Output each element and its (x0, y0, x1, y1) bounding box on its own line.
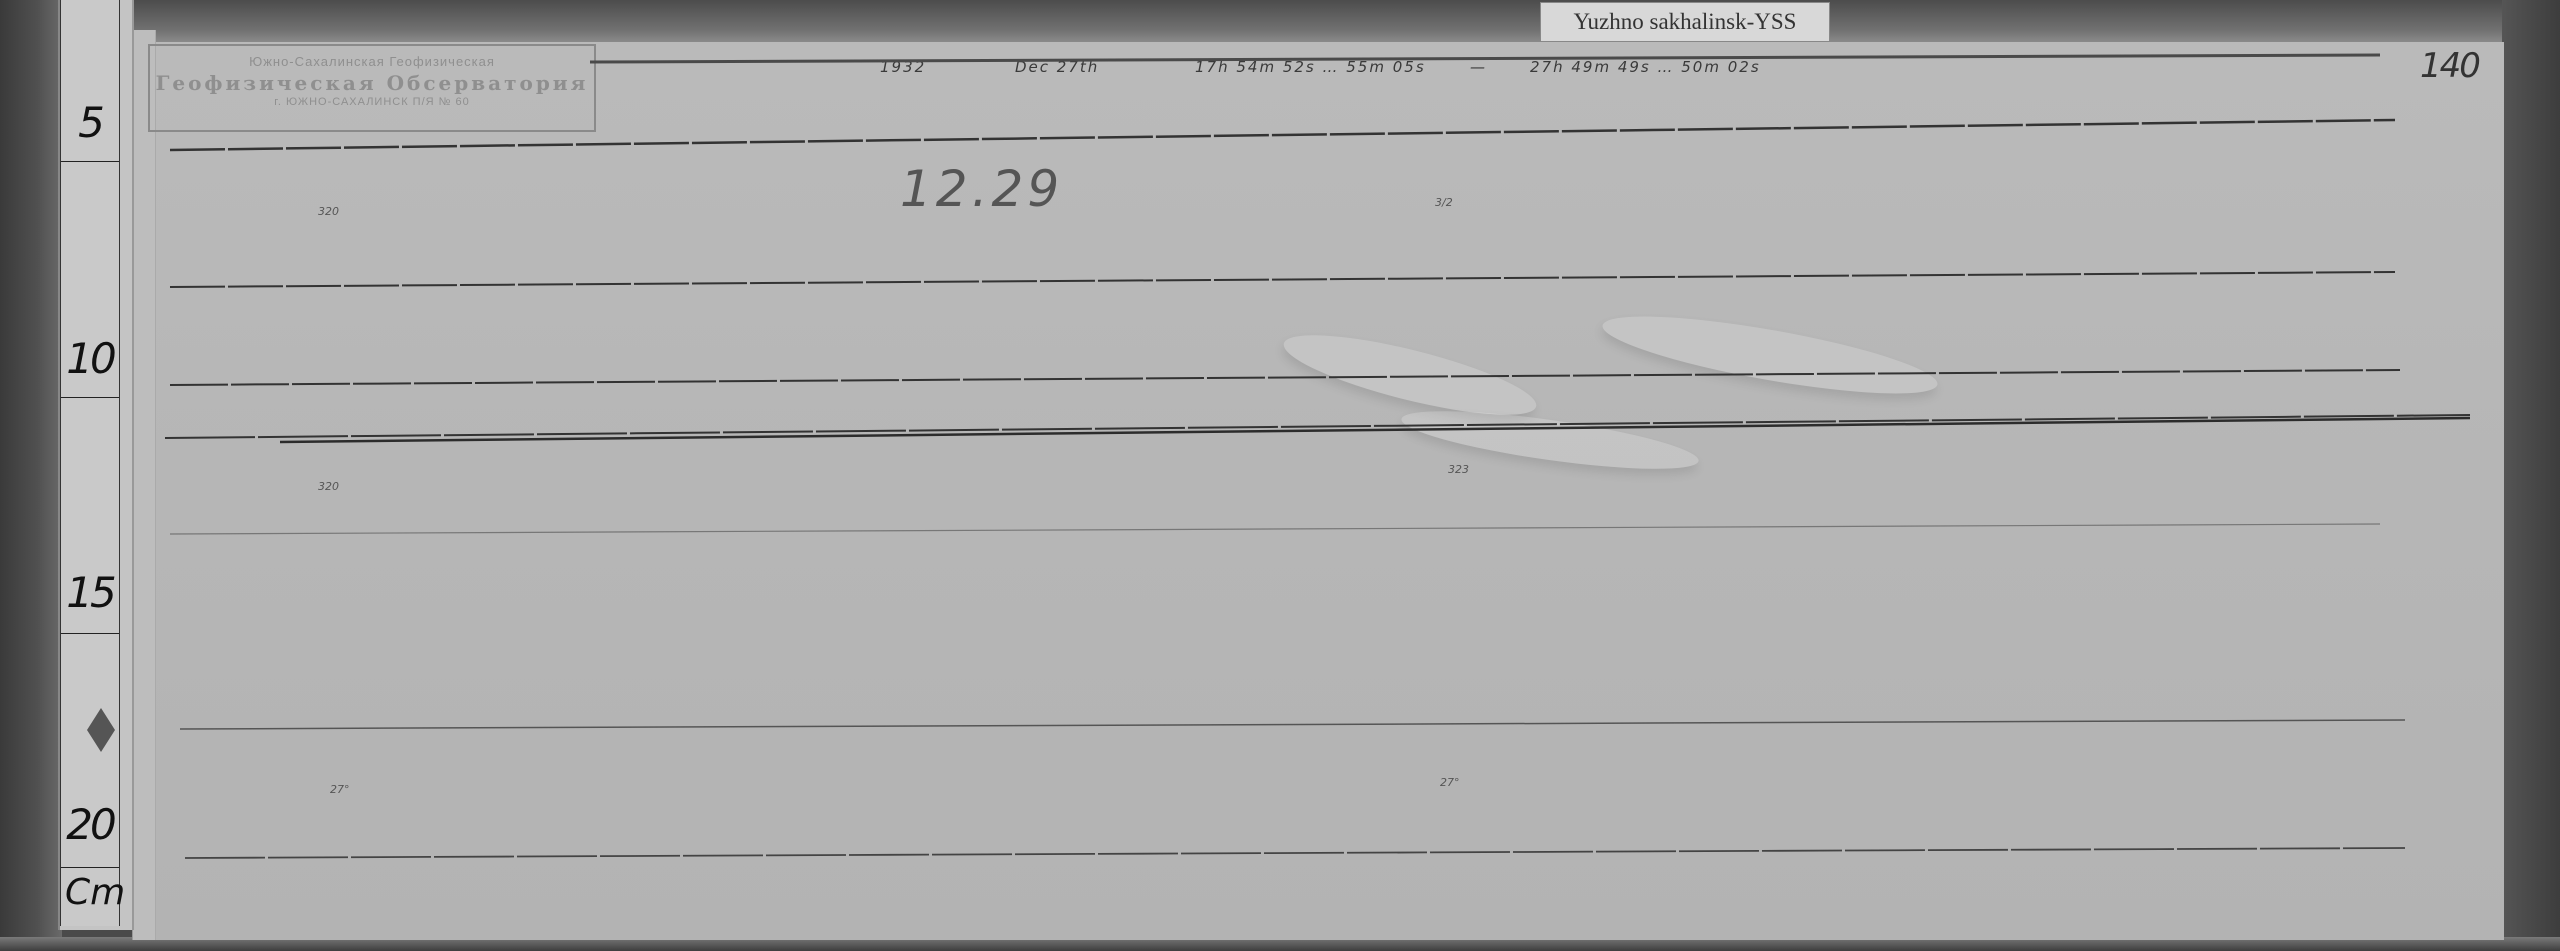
trace-line (180, 720, 2405, 729)
trace-line (170, 120, 2395, 150)
trace-line (590, 55, 2380, 62)
trace-line (165, 415, 2470, 438)
seismogram-traces (0, 0, 2560, 951)
trace-line (170, 370, 2400, 385)
trace-line (280, 418, 2470, 442)
trace-line (185, 848, 2405, 858)
trace-line (170, 524, 2380, 534)
trace-line (170, 272, 2395, 287)
